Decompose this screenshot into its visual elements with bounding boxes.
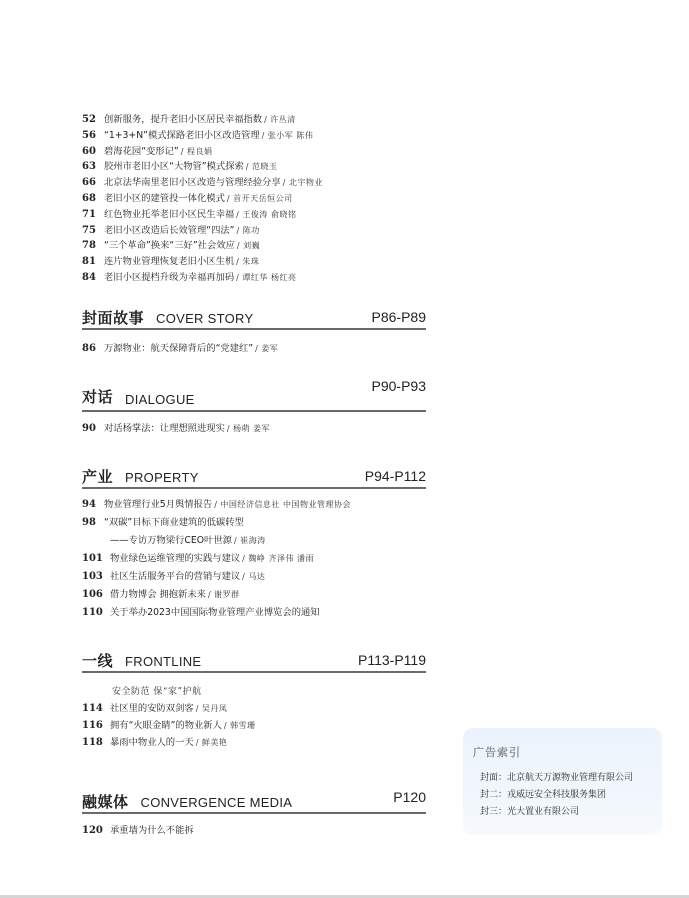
page-number: 68: [82, 193, 104, 204]
article-title: 北京法华南里老旧小区改造与管理经验分享: [104, 174, 281, 188]
section-title-zh: 产业: [82, 468, 113, 486]
article-title: 物业绿色运维管理的实践与建议: [110, 550, 240, 564]
toc-entry[interactable]: 103社区生活服务平台的营销与建议/ 马达: [82, 568, 426, 586]
page-number: 116: [82, 720, 110, 731]
toc-entry[interactable]: 86万源物业：航天保障背后的“党建红”/ 姜军: [82, 340, 426, 356]
article-title: “1+3+N”模式探路老旧小区改造管理: [104, 127, 260, 141]
toc-entry[interactable]: 120承重墙为什么不能拆: [82, 822, 426, 838]
page-number: 90: [82, 423, 104, 434]
article-title: 对话杨掌法：让理想照进现实: [104, 420, 225, 434]
article-author: / 王俊涛 俞晓铭: [236, 209, 296, 220]
article-author: / 陈功: [237, 225, 260, 236]
toc-entry[interactable]: 90对话杨掌法：让理想照进现实/ 杨萌 姜军: [82, 420, 426, 436]
section-title-en: CONVERGENCE MEDIA: [141, 795, 293, 810]
section-header-convergence-media: 融媒体CONVERGENCE MEDIA P120: [82, 791, 426, 814]
article-author: / 北宇物业: [283, 177, 323, 188]
section-entries-convergence-media: 120承重墙为什么不能拆: [82, 822, 426, 838]
article-title: 老旧小区的建管投一体化模式: [104, 190, 225, 204]
toc-entry[interactable]: 63胶州市老旧小区“大物管”模式探索/ 范晓玉: [82, 158, 426, 174]
section-entries-property: 94物业管理行业5月舆情报告/ 中国经济信息社 中国物业管理协会 98“双碳”目…: [82, 496, 426, 622]
toc-entry[interactable]: 106借力物博会 拥抱新未来/ 谢罗群: [82, 586, 426, 604]
section-title-en: COVER STORY: [156, 311, 253, 326]
article-title: 老旧小区改造后长效管理“四法”: [104, 222, 235, 236]
article-author: / 马达: [242, 571, 265, 582]
toc-entry[interactable]: 71红色物业托举老旧小区民生幸福/ 王俊涛 俞晓铭: [82, 206, 426, 222]
article-author: / 许丛清: [264, 114, 296, 125]
ad-index-title: 广告索引: [473, 744, 521, 760]
page-number: 60: [82, 146, 104, 157]
article-title: 社区里的安防双剑客: [110, 700, 194, 714]
page-number: 81: [82, 256, 104, 267]
section-page-range: P86-P89: [372, 309, 426, 325]
page-number: 94: [82, 499, 104, 510]
article-title: “双碳”目标下商业建筑的低碳转型: [104, 514, 244, 528]
page-number: 118: [82, 737, 110, 748]
article-title: 胶州市老旧小区“大物管”模式探索: [104, 158, 244, 172]
article-title: 社区生活服务平台的营销与建议: [110, 568, 240, 582]
article-author: / 程良娟: [181, 146, 213, 157]
section-entries-frontline: 安全防范 保“家”护航 114社区里的安防双剑客/ 吴丹凤 116拥有“火眼金睛…: [82, 684, 426, 751]
article-title: 拥有“火眼金睛”的物业新人: [110, 717, 222, 731]
article-title: 暴雨中物业人的一天: [110, 734, 194, 748]
article-title: 创新服务，提升老旧小区居民幸福指数: [104, 111, 262, 125]
toc-entry[interactable]: 98“双碳”目标下商业建筑的低碳转型: [82, 514, 426, 532]
ad-index-box: 广告索引 封面：北京航天万源物业管理有限公司 封二：戎威远安全科技服务集团 封三…: [463, 728, 662, 835]
ad-index-item: 封三：光大置业有限公司: [480, 804, 579, 817]
article-title: 连片物业管理恢复老旧小区生机: [104, 253, 234, 267]
section-entries-cover-story: 86万源物业：航天保障背后的“党建红”/ 姜军: [82, 340, 426, 356]
page-number: 101: [82, 553, 110, 564]
toc-entry[interactable]: 60碧海花园“变形记”/ 程良娟: [82, 143, 426, 159]
article-author: / 谢罗群: [208, 589, 240, 600]
page-number: 75: [82, 225, 104, 236]
toc-entry[interactable]: 118暴雨中物业人的一天/ 鲜美艳: [82, 734, 426, 751]
toc-top-entries: 52创新服务，提升老旧小区居民幸福指数/ 许丛清 56“1+3+N”模式探路老旧…: [82, 111, 426, 285]
section-header-cover-story: 封面故事COVER STORY P86-P89: [82, 307, 426, 330]
section-title-zh: 融媒体: [82, 793, 129, 811]
article-title: 红色物业托举老旧小区民生幸福: [104, 206, 234, 220]
article-title: “三个革命”换来“三好”社会效应: [104, 237, 235, 251]
article-author: / 杨萌 姜军: [227, 423, 270, 434]
article-author: / 鲜美艳: [196, 737, 228, 748]
toc-entry[interactable]: 81连片物业管理恢复老旧小区生机/ 朱珠: [82, 253, 426, 269]
section-title-zh: 封面故事: [82, 309, 144, 327]
toc-entry[interactable]: 114社区里的安防双剑客/ 吴丹凤: [82, 700, 426, 717]
section-header-property: 产业PROPERTY P94-P112: [82, 466, 426, 489]
toc-entry[interactable]: 116拥有“火眼金睛”的物业新人/ 韩雪珊: [82, 717, 426, 734]
ad-index-item: 封面：北京航天万源物业管理有限公司: [480, 770, 633, 783]
article-author: / 魏峥 齐泽伟 潘雨: [242, 553, 314, 564]
section-title-zh: 一线: [82, 652, 113, 670]
article-author: / 朱珠: [236, 256, 259, 267]
article-author: / 范晓玉: [246, 161, 278, 172]
page-number: 98: [82, 517, 104, 528]
toc-entry[interactable]: 68老旧小区的建管投一体化模式/ 首开天岳恒公司: [82, 190, 426, 206]
section-page-range: P94-P112: [365, 468, 426, 484]
toc-entry-subtitle[interactable]: ——专访万物梁行CEO叶世源/ 崔海涛: [82, 532, 426, 550]
page-number: 114: [82, 703, 110, 714]
section-topic-tag: 安全防范 保“家”护航: [82, 684, 426, 700]
article-author: / 姜军: [255, 343, 278, 354]
page-number: 78: [82, 240, 104, 251]
toc-entry[interactable]: 101物业绿色运维管理的实践与建议/ 魏峥 齐泽伟 潘雨: [82, 550, 426, 568]
article-author: / 中国经济信息社 中国物业管理协会: [214, 499, 351, 510]
article-author: / 韩雪珊: [224, 720, 256, 731]
article-title: 借力物博会 拥抱新未来: [110, 586, 206, 600]
toc-entry[interactable]: 84老旧小区提档升级为幸福再加码/ 谭红华 杨红亮: [82, 269, 426, 285]
article-author: / 吴丹凤: [196, 703, 228, 714]
article-title: 关于举办2023中国国际物业管理产业博览会的通知: [110, 604, 320, 618]
section-title-en: DIALOGUE: [125, 392, 195, 407]
article-author: / 刘巍: [237, 240, 260, 251]
article-subtitle: ——专访万物梁行CEO叶世源: [110, 532, 232, 546]
section-page-range: P113-P119: [358, 652, 426, 668]
page-number: 52: [82, 114, 104, 125]
page-number: 110: [82, 607, 110, 618]
page-number: 103: [82, 571, 110, 582]
article-author: / 首开天岳恒公司: [227, 193, 293, 204]
toc-entry[interactable]: 78“三个革命”换来“三好”社会效应/ 刘巍: [82, 237, 426, 253]
section-header-dialogue: 对话DIALOGUE P90-P93: [82, 386, 426, 412]
page-number: 56: [82, 130, 104, 141]
toc-entry[interactable]: 52创新服务，提升老旧小区居民幸福指数/ 许丛清: [82, 111, 426, 127]
page-number: 120: [82, 825, 110, 836]
toc-entry[interactable]: 75老旧小区改造后长效管理“四法”/ 陈功: [82, 222, 426, 238]
toc-entry[interactable]: 66北京法华南里老旧小区改造与管理经验分享/ 北宇物业: [82, 174, 426, 190]
article-title: 承重墙为什么不能拆: [110, 822, 194, 836]
section-page-range: P120: [393, 789, 426, 805]
page-number: 84: [82, 272, 104, 283]
article-title: 老旧小区提档升级为幸福再加码: [104, 269, 234, 283]
article-title: 万源物业：航天保障背后的“党建红”: [104, 340, 253, 354]
ad-index-item: 封二：戎威远安全科技服务集团: [480, 787, 606, 800]
page-number: 71: [82, 209, 104, 220]
article-title: 碧海花园“变形记”: [104, 143, 179, 157]
section-title-zh: 对话: [82, 388, 113, 406]
page-number: 106: [82, 589, 110, 600]
article-title: 物业管理行业5月舆情报告: [104, 496, 212, 510]
page-number: 63: [82, 161, 104, 172]
toc-entry[interactable]: 56“1+3+N”模式探路老旧小区改造管理/ 张小军 陈伟: [82, 127, 426, 143]
article-author: / 谭红华 杨红亮: [236, 272, 296, 283]
article-author: / 崔海涛: [234, 535, 266, 546]
section-title-en: FRONTLINE: [125, 654, 201, 669]
topic-tag-text: 安全防范 保“家”护航: [112, 684, 202, 697]
toc-entry[interactable]: 94物业管理行业5月舆情报告/ 中国经济信息社 中国物业管理协会: [82, 496, 426, 514]
section-title-en: PROPERTY: [125, 470, 199, 485]
toc-entry[interactable]: 110关于举办2023中国国际物业管理产业博览会的通知: [82, 604, 426, 622]
page-number: 86: [82, 343, 104, 354]
article-author: / 张小军 陈伟: [262, 130, 314, 141]
page-number: 66: [82, 177, 104, 188]
section-header-frontline: 一线FRONTLINE P113-P119: [82, 650, 426, 673]
section-entries-dialogue: 90对话杨掌法：让理想照进现实/ 杨萌 姜军: [82, 420, 426, 436]
section-page-range: P90-P93: [372, 378, 426, 394]
